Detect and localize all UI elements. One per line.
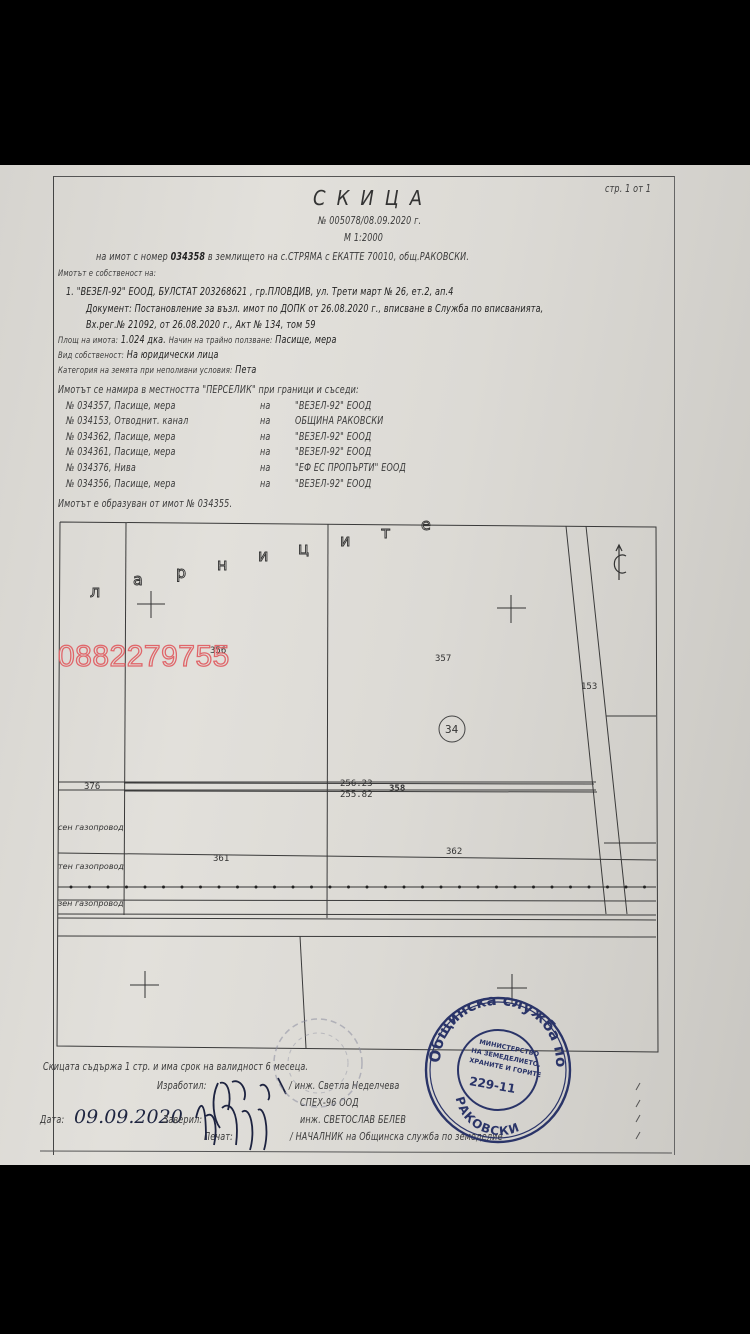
official-stamp: Общинска служба по Земеделие МИНИСТЕРСТВ… bbox=[0, 0, 750, 1334]
stamp-code: 229-11 bbox=[468, 1074, 516, 1096]
stamp-outer-text: Общинска служба по Земеделие bbox=[0, 0, 570, 1067]
